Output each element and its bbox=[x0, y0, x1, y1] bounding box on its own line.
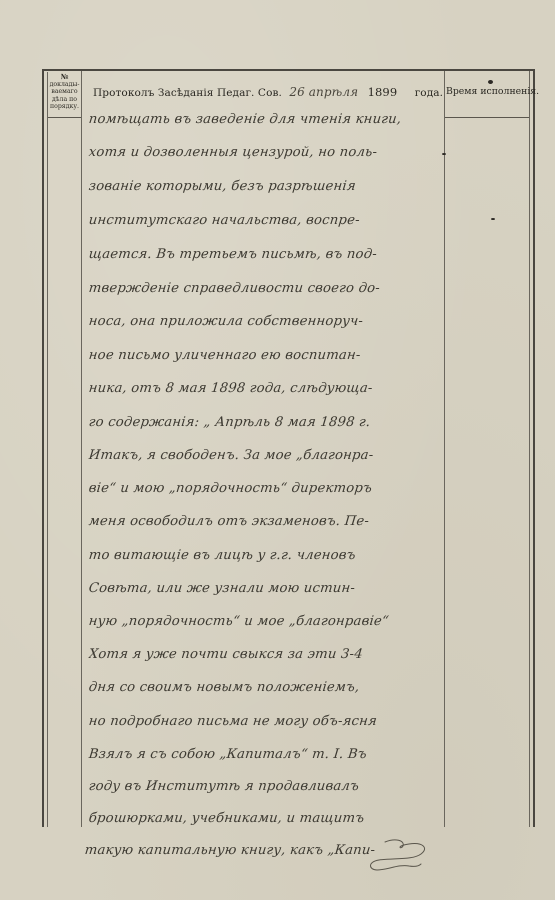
handwritten-date: 26 апрѣля bbox=[289, 85, 358, 99]
form-left-border bbox=[42, 69, 44, 827]
handwritten-line: институтскаго начальства, воспре- bbox=[88, 213, 442, 228]
handwritten-line: го содержанія: „ Апрѣль 8 мая 1898 г. bbox=[88, 415, 442, 430]
handwritten-line: зованіе которыми, безъ разрѣшенія bbox=[88, 179, 442, 194]
number-sign: № bbox=[48, 73, 81, 81]
protocol-year: 1899 bbox=[368, 85, 398, 99]
handwritten-line: то витающіе въ лицѣ у г.г. членовъ bbox=[88, 548, 442, 563]
form-top-rule bbox=[42, 69, 534, 71]
handwritten-line: дня со своимъ новымъ положеніемъ, bbox=[88, 680, 442, 695]
handwritten-line: помѣщать въ заведеніе для чтенія книги, bbox=[88, 112, 442, 127]
ink-mark bbox=[442, 153, 446, 155]
execution-column-divider bbox=[444, 71, 445, 827]
handwritten-line: но подробнаго письма не могу объ-ясня bbox=[88, 714, 442, 729]
handwritten-line: ника, отъ 8 мая 1898 года, слѣдующа- bbox=[88, 381, 442, 396]
handwritten-line: Хотя я уже почти свыкся за эти 3-4 bbox=[88, 647, 442, 662]
protocol-header: Протоколъ Засѣданія Педаг. Сов. 26 апрѣл… bbox=[93, 85, 443, 99]
form-left-inner-border bbox=[47, 72, 48, 827]
handwritten-line: году въ Институтѣ я продавливалъ bbox=[88, 779, 442, 794]
form-right-inner-border bbox=[529, 71, 530, 827]
handwritten-line: носа, она приложила собственноруч- bbox=[88, 314, 442, 329]
handwritten-line: брошюрками, учебниками, и тащитъ bbox=[88, 811, 442, 826]
handwritten-line: меня освободилъ отъ экзаменовъ. Пе- bbox=[88, 514, 442, 529]
handwritten-line: хотя и дозволенныя цензурой, но поль- bbox=[88, 145, 442, 160]
handwritten-line: твержденіе справедливости своего до- bbox=[88, 281, 442, 296]
number-header-rule bbox=[48, 117, 81, 118]
number-column-header: № доклады-ваемаго дѣла по порядку. bbox=[48, 73, 81, 111]
closing-flourish-icon bbox=[365, 836, 445, 876]
handwritten-line: щается. Въ третьемъ письмѣ, въ под- bbox=[88, 247, 442, 262]
handwritten-line: Совѣта, или же узнали мою истин- bbox=[88, 581, 442, 596]
handwritten-line: Взялъ я съ собою „Капиталъ“ т. I. Въ bbox=[88, 747, 442, 762]
execution-time-header: Время исполненія. bbox=[446, 86, 530, 97]
handwritten-line: Итакъ, я свободенъ. За мое „благонра- bbox=[88, 448, 442, 463]
ink-blot bbox=[488, 80, 493, 84]
number-column-divider bbox=[81, 71, 82, 827]
protocol-title: Протоколъ Засѣданія Педаг. Сов. bbox=[93, 87, 282, 99]
form-right-border bbox=[533, 69, 535, 827]
handwritten-line: віе“ и мою „порядочность“ директоръ bbox=[88, 481, 442, 496]
handwritten-line: ное письмо уличеннаго ею воспитан- bbox=[88, 348, 442, 363]
handwritten-line: ную „порядочность“ и мое „благонравіе“ bbox=[88, 614, 442, 629]
document-page: № доклады-ваемаго дѣла по порядку. Прото… bbox=[0, 0, 555, 900]
execution-header-rule bbox=[445, 117, 529, 118]
ink-mark bbox=[491, 218, 495, 220]
year-suffix: года. bbox=[415, 87, 443, 99]
number-column-label: доклады-ваемаго дѣла по порядку. bbox=[50, 81, 80, 111]
